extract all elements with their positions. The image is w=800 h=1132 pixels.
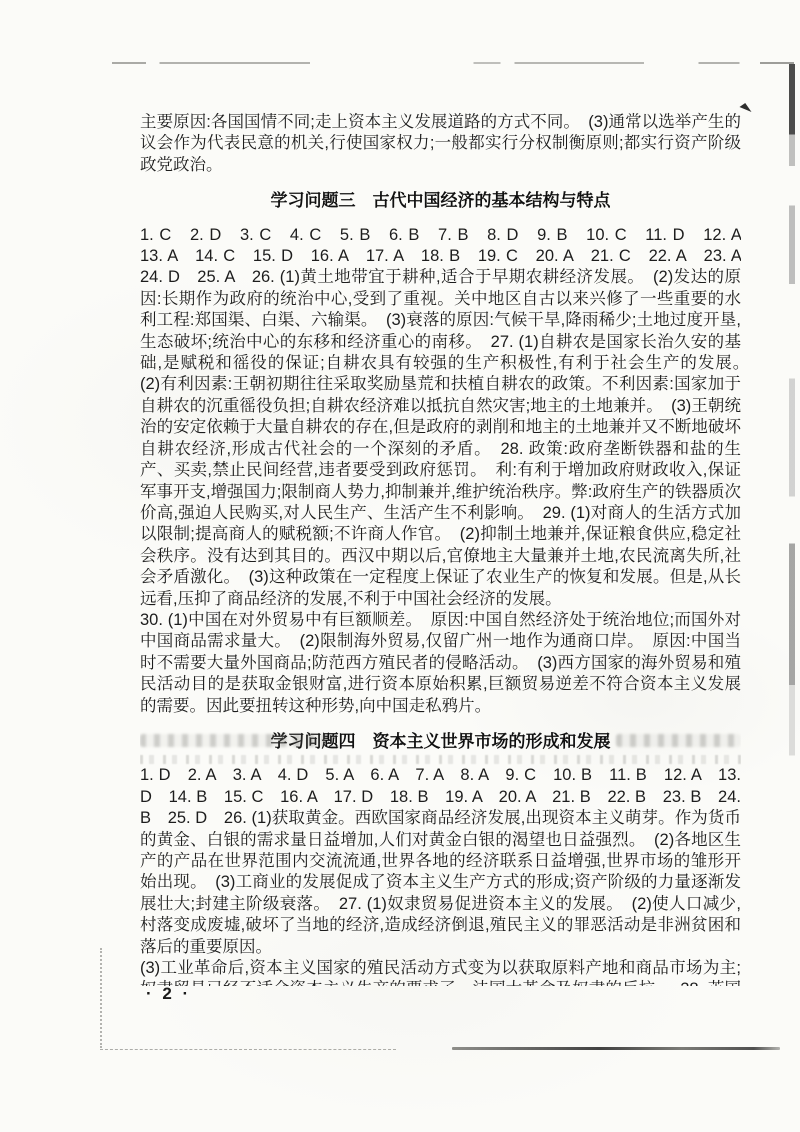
section4-continued-paragraph: (3)工业革命后,资本主义国家的殖民活动方式变为以获取原料产地和商品市场为主;奴… xyxy=(140,958,741,986)
page-number: · 2 · xyxy=(146,984,191,1004)
section4-answers-paragraph: 1. D 2. A 3. A 4. D 5. A 6. A 7. A 8. A … xyxy=(140,765,741,958)
scanned-answer-page: { "document": { "page_number": "· 2 ·", … xyxy=(0,0,800,1132)
scan-smudge-left xyxy=(140,734,325,747)
bottom-edge-line-right xyxy=(452,1047,780,1050)
left-edge-dotted-line xyxy=(100,948,102,1048)
scan-noise-band xyxy=(140,755,741,764)
section3-answers-paragraph: 1. C 2. D 3. C 4. C 5. B 6. B 7. B 8. D … xyxy=(140,225,741,610)
section3-title: 学习问题三 古代中国经济的基本结构与特点 xyxy=(140,190,741,211)
section3-question30-paragraph: 30. (1)中国在对外贸易中有巨额顺差。 原因:中国自然经济处于统治地位;而国… xyxy=(140,610,741,717)
section4-title: 学习问题四 资本主义世界市场的形成和发展 xyxy=(140,731,741,752)
page-spine-shadow xyxy=(789,64,795,850)
bottom-edge-line-left xyxy=(100,1049,396,1050)
intro-paragraph: 主要原因:各国国情不同;走上资本主义发展道路的方式不同。 (3)通常以选举产生的… xyxy=(140,112,741,176)
scan-smudge-right xyxy=(616,734,741,747)
text-column: 主要原因:各国国情不同;走上资本主义发展道路的方式不同。 (3)通常以选举产生的… xyxy=(140,112,741,986)
ink-speck xyxy=(739,103,751,116)
top-edge-scan-line xyxy=(112,62,794,64)
